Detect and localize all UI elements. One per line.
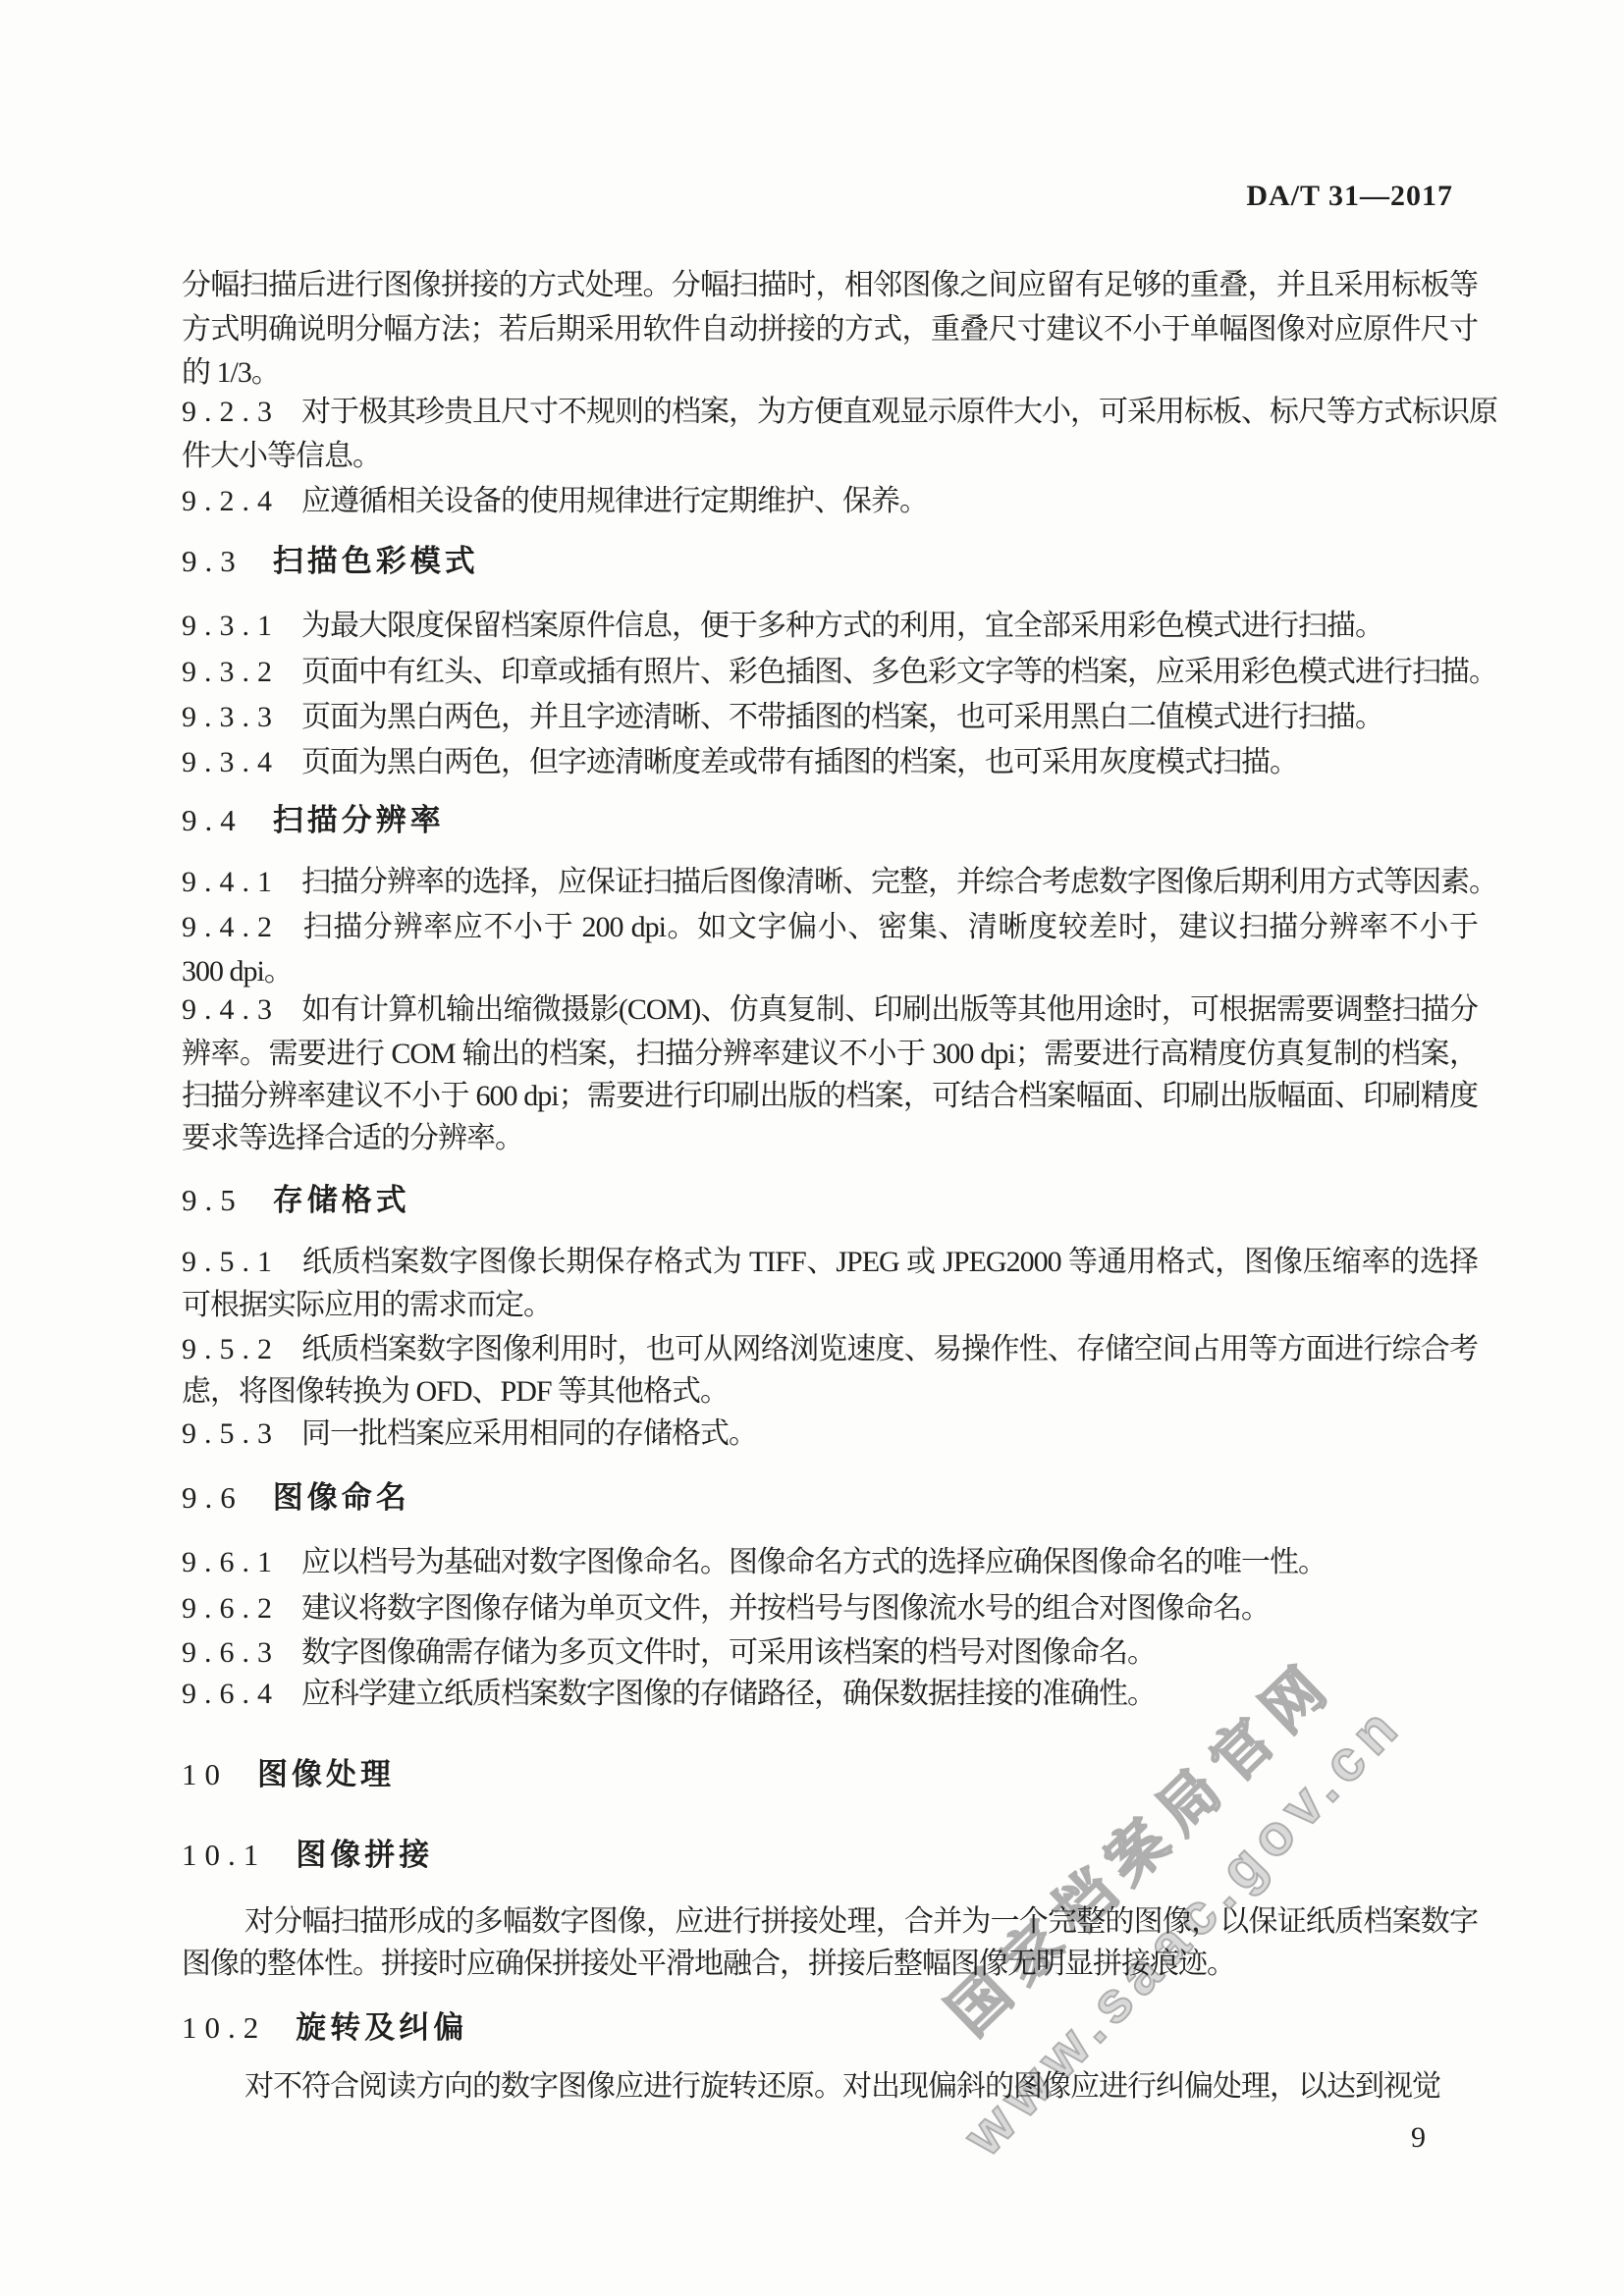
clause-text: 应以档号为基础对数字图像命名。图像命名方式的选择应确保图像命名的唯一性。 — [301, 1546, 1326, 1578]
text-line: 对分幅扫描形成的多幅数字图像，应进行拼接处理，合并为一个完整的图像，以保证纸质档… — [182, 1903, 1478, 1941]
clause-line: 9.6.4应科学建立纸质档案数字图像的存储路径，确保数据挂接的准确性。 — [182, 1676, 1478, 1713]
clause-number: 9.3.2 — [182, 656, 280, 688]
section-heading: 9.4扫描分辨率 — [182, 802, 1478, 839]
clause-number: 9.2.4 — [182, 485, 280, 517]
clause-number: 9.4.2 — [182, 911, 280, 943]
clause-number: 9.3.3 — [182, 701, 280, 733]
document-page: 国家档案局官网 www.saac.gov.cn DA/T 31—2017 分幅扫… — [0, 0, 1624, 2296]
clause-line: 9.6.2建议将数字图像存储为单页文件，并按档号与图像流水号的组合对图像命名。 — [182, 1590, 1478, 1628]
section-title: 扫描色彩模式 — [273, 544, 479, 578]
clause-number: 9.6.1 — [182, 1546, 280, 1578]
section-title: 旋转及纠偏 — [296, 2010, 467, 2045]
section-heading: 9.5存储格式 — [182, 1182, 1478, 1219]
clause-text: 应遵循相关设备的使用规律进行定期维护、保养。 — [301, 485, 928, 517]
page-number: 9 — [1411, 2121, 1426, 2155]
clause-line: 9.3.2页面中有红头、印章或插有照片、彩色插图、多色彩文字等的档案，应采用彩色… — [182, 654, 1478, 691]
section-number: 9.6 — [182, 1480, 244, 1515]
clause-line: 9.5.3同一批档案应采用相同的存储格式。 — [182, 1415, 1478, 1453]
clause-text: 数字图像确需存储为多页文件时，可采用该档案的档号对图像命名。 — [301, 1636, 1156, 1669]
clause-number: 9.2.3 — [182, 396, 280, 428]
section-number: 10.1 — [182, 1838, 266, 1872]
section-number: 10.2 — [182, 2010, 266, 2045]
section-title: 存储格式 — [273, 1183, 410, 1217]
clause-line: 9.5.1纸质档案数字图像长期保存格式为 TIFF、JPEG 或 JPEG200… — [182, 1244, 1478, 1281]
text-line: 辨率。需要进行 COM 输出的档案，扫描分辨率建议不小于 300 dpi；需要进… — [182, 1036, 1478, 1073]
clause-number: 9.3.1 — [182, 610, 280, 642]
clause-line: 9.3.1为最大限度保留档案原件信息，便于多种方式的利用，宜全部采用彩色模式进行… — [182, 608, 1478, 645]
clause-number: 9.6.2 — [182, 1592, 280, 1625]
clause-line: 9.4.2扫描分辨率应不小于 200 dpi。如文字偏小、密集、清晰度较差时，建… — [182, 909, 1478, 946]
text-line: 图像的整体性。拼接时应确保拼接处平滑地融合，拼接后整幅图像无明显拼接痕迹。 — [182, 1946, 1478, 1983]
chapter-number: 10 — [182, 1757, 228, 1791]
section-heading: 10.2旋转及纠偏 — [182, 2009, 1478, 2047]
clause-text: 扫描分辨率的选择，应保证扫描后图像清晰、完整，并综合考虑数字图像后期利用方式等因… — [301, 866, 1497, 898]
text-line: 方式明确说明分幅方法；若后期采用软件自动拼接的方式，重叠尺寸建议不小于单幅图像对… — [182, 311, 1478, 348]
clause-number: 9.4.3 — [182, 993, 280, 1026]
clause-number: 9.6.3 — [182, 1636, 280, 1669]
section-title: 扫描分辨率 — [273, 803, 445, 837]
clause-text: 应科学建立纸质档案数字图像的存储路径，确保数据挂接的准确性。 — [301, 1678, 1156, 1710]
section-heading: 9.6图像命名 — [182, 1479, 1478, 1517]
clause-line: 9.2.3对于极其珍贵且尺寸不规则的档案，为方便直观显示原件大小，可采用标板、标… — [182, 394, 1478, 431]
section-heading: 10.1图像拼接 — [182, 1837, 1478, 1874]
section-number: 9.5 — [182, 1183, 244, 1217]
section-title: 图像拼接 — [296, 1838, 433, 1872]
clause-number: 9.3.4 — [182, 746, 280, 778]
text-line: 的 1/3。 — [182, 354, 1478, 392]
clause-text: 如有计算机输出缩微摄影(COM)、仿真复制、印刷出版等其他用途时，可根据需要调整… — [301, 993, 1478, 1026]
clause-text: 对于极其珍贵且尺寸不规则的档案，为方便直观显示原件大小，可采用标板、标尺等方式标… — [301, 396, 1497, 428]
clause-text: 页面为黑白两色，并且字迹清晰、不带插图的档案，也可采用黑白二值模式进行扫描。 — [301, 701, 1383, 733]
clause-text: 建议将数字图像存储为单页文件，并按档号与图像流水号的组合对图像命名。 — [301, 1592, 1270, 1625]
section-number: 9.4 — [182, 803, 244, 837]
clause-line: 9.4.3如有计算机输出缩微摄影(COM)、仿真复制、印刷出版等其他用途时，可根… — [182, 991, 1478, 1029]
clause-line: 9.2.4应遵循相关设备的使用规律进行定期维护、保养。 — [182, 483, 1478, 520]
clause-line: 9.6.1应以档号为基础对数字图像命名。图像命名方式的选择应确保图像命名的唯一性… — [182, 1544, 1478, 1581]
clause-line: 9.3.3页面为黑白两色，并且字迹清晰、不带插图的档案，也可采用黑白二值模式进行… — [182, 699, 1478, 736]
text-line: 可根据实际应用的需求而定。 — [182, 1287, 1478, 1324]
text-line: 300 dpi。 — [182, 953, 1478, 990]
clause-text: 页面中有红头、印章或插有照片、彩色插图、多色彩文字等的档案，应采用彩色模式进行扫… — [301, 656, 1497, 688]
section-number: 9.3 — [182, 544, 244, 578]
chapter-title: 图像处理 — [257, 1757, 395, 1791]
clause-text: 纸质档案数字图像长期保存格式为 TIFF、JPEG 或 JPEG2000 等通用… — [301, 1246, 1478, 1278]
clause-number: 9.5.2 — [182, 1333, 280, 1365]
clause-text: 为最大限度保留档案原件信息，便于多种方式的利用，宜全部采用彩色模式进行扫描。 — [301, 610, 1383, 642]
doc-code: DA/T 31—2017 — [1246, 180, 1453, 213]
text-line: 对不符合阅读方向的数字图像应进行旋转还原。对出现偏斜的图像应进行纠偏处理，以达到… — [182, 2068, 1478, 2106]
clause-text: 同一批档案应采用相同的存储格式。 — [301, 1417, 757, 1450]
clause-line: 9.3.4页面为黑白两色，但字迹清晰度差或带有插图的档案，也可采用灰度模式扫描。 — [182, 744, 1478, 781]
section-title: 图像命名 — [273, 1480, 410, 1515]
clause-number: 9.4.1 — [182, 866, 280, 898]
text-line: 件大小等信息。 — [182, 438, 1478, 475]
clause-text: 扫描分辨率应不小于 200 dpi。如文字偏小、密集、清晰度较差时，建议扫描分辨… — [301, 911, 1478, 943]
clause-text: 纸质档案数字图像利用时，也可从网络浏览速度、易操作性、存储空间占用等方面进行综合… — [301, 1333, 1478, 1365]
clause-text: 页面为黑白两色，但字迹清晰度差或带有插图的档案，也可采用灰度模式扫描。 — [301, 746, 1298, 778]
clause-line: 9.6.3数字图像确需存储为多页文件时，可采用该档案的档号对图像命名。 — [182, 1634, 1478, 1672]
chapter-heading: 10图像处理 — [182, 1756, 1478, 1793]
text-line: 要求等选择合适的分辨率。 — [182, 1120, 1478, 1157]
clause-line: 9.5.2纸质档案数字图像利用时，也可从网络浏览速度、易操作性、存储空间占用等方… — [182, 1331, 1478, 1368]
section-heading: 9.3扫描色彩模式 — [182, 543, 1478, 580]
text-line: 虑，将图像转换为 OFD、PDF 等其他格式。 — [182, 1373, 1478, 1411]
text-line: 分幅扫描后进行图像拼接的方式处理。分幅扫描时，相邻图像之间应留有足够的重叠，并且… — [182, 267, 1478, 304]
clause-line: 9.4.1扫描分辨率的选择，应保证扫描后图像清晰、完整，并综合考虑数字图像后期利… — [182, 864, 1478, 901]
clause-number: 9.5.3 — [182, 1417, 280, 1450]
text-line: 扫描分辨率建议不小于 600 dpi；需要进行印刷出版的档案，可结合档案幅面、印… — [182, 1078, 1478, 1115]
clause-number: 9.5.1 — [182, 1246, 280, 1278]
clause-number: 9.6.4 — [182, 1678, 280, 1710]
